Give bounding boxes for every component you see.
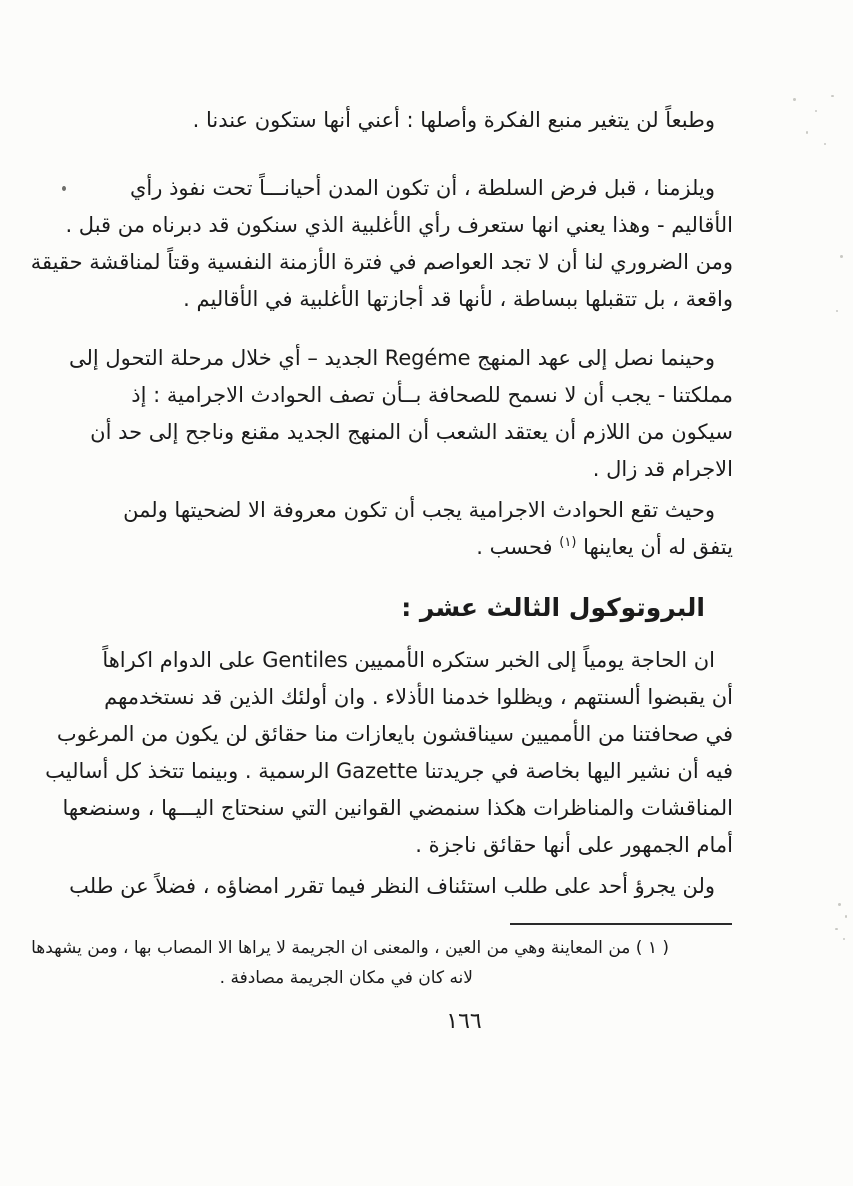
body-line: الأقاليم - وهذا يعني انها ستعرف رأي الأغ… [128, 207, 733, 244]
scan-speck [835, 928, 838, 930]
body-line: ان الحاجة يومياً إلى الخبر ستكره الأمميي… [128, 642, 733, 679]
footnote-reference: (١) [559, 535, 576, 550]
body-text: يتفق له أن يعاينها [576, 535, 733, 559]
scan-speck [815, 110, 817, 112]
scan-speck [793, 98, 796, 101]
body-line: فيه أن نشير اليها بخاصة في جريدتنا Gazet… [128, 753, 733, 790]
body-line: المناقشات والمناظرات هكذا سنمضي القوانين… [128, 790, 733, 827]
scan-speck [845, 915, 847, 918]
body-line: ولن يجرؤ أحد على طلب استئناف النظر فيما … [128, 868, 733, 905]
footnote-line: لانه كان في مكان الجريمة مصادفة . [128, 963, 733, 993]
scan-speck [836, 310, 838, 312]
section-heading: البروتوكول الثالث عشر : [128, 588, 733, 628]
body-line: وحيث تقع الحوادث الاجرامية يجب أن تكون م… [128, 492, 733, 529]
body-line: واقعة ، بل تتقبلها ببساطة ، لأنها قد أجا… [128, 281, 733, 318]
page-number: ١٦٦ [399, 1008, 529, 1036]
scan-speck [806, 131, 808, 134]
body-line: الاجرام قد زال . [128, 451, 733, 488]
scan-speck [838, 903, 841, 906]
footnote-line: ( ١ ) من المعاينة وهي من العين ، والمعنى… [128, 933, 733, 963]
scan-speck [824, 143, 826, 145]
body-line: أمام الجمهور على أنها حقائق ناجزة . [128, 827, 733, 864]
scan-speck [831, 95, 834, 97]
scanned-page: وطبعاً لن يتغير منبع الفكرة وأصلها : أعن… [0, 0, 853, 1186]
body-line: وطبعاً لن يتغير منبع الفكرة وأصلها : أعن… [128, 102, 733, 139]
body-line: ويلزمنا ، قبل فرض السلطة ، أن تكون المدن… [128, 170, 733, 207]
body-line: مملكتنا - يجب أن لا نسمح للصحافة بــأن ت… [128, 377, 733, 414]
body-line: وحينما نصل إلى عهد المنهج Regéme الجديد … [128, 340, 733, 377]
scan-speck [840, 255, 843, 258]
body-line: سيكون من اللازم أن يعتقد الشعب أن المنهج… [128, 414, 733, 451]
body-line: ومن الضروري لنا أن لا تجد العواصم في فتر… [128, 244, 733, 281]
body-line: في صحافتنا من الأمميين سيناقشون بايعازات… [128, 716, 733, 753]
body-line: يتفق له أن يعاينها (١) فحسب . [128, 529, 733, 566]
body-line: أن يقبضوا ألسنتهم ، ويظلوا خدمنا الأذلاء… [128, 679, 733, 716]
scan-speck [843, 938, 845, 940]
scan-speck [62, 186, 66, 191]
body-text: فحسب . [476, 535, 559, 559]
footnote-rule [510, 923, 732, 925]
